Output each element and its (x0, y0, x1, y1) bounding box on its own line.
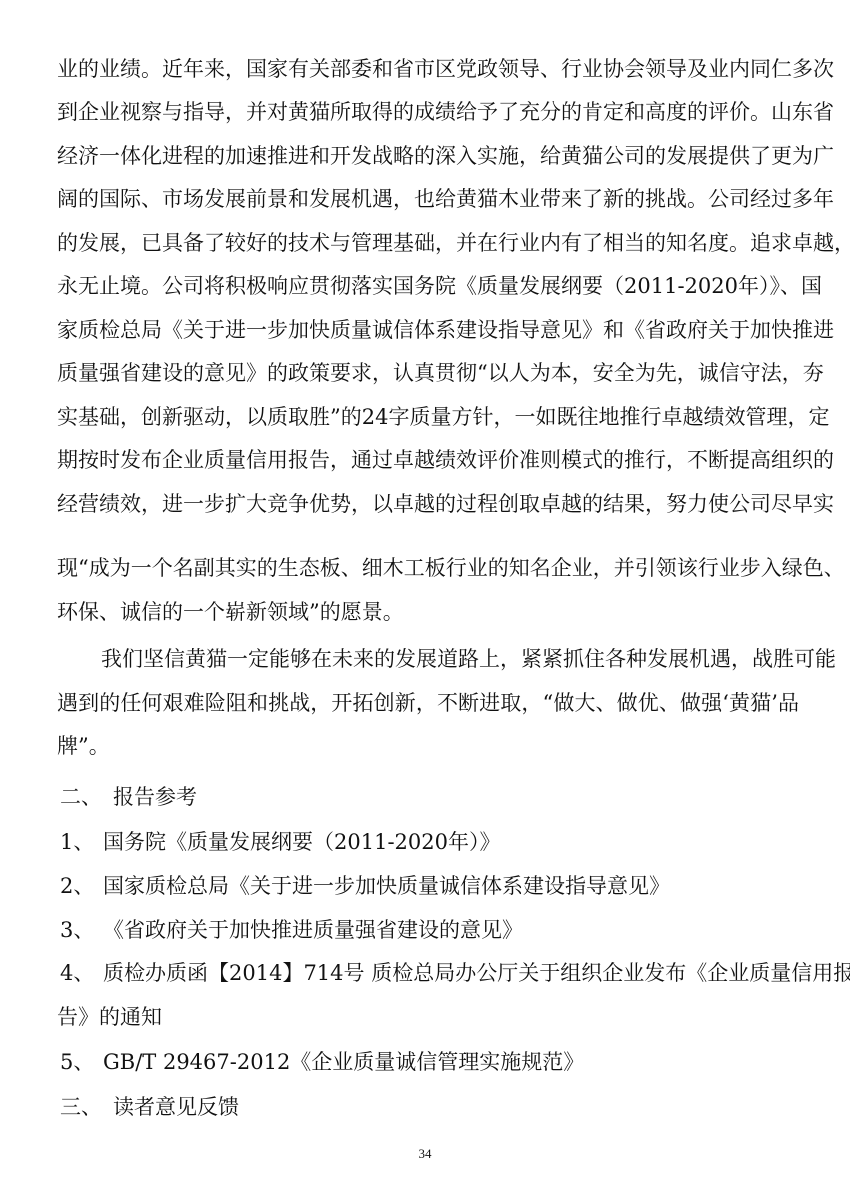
text-line: 质量强省建设的意见》的政策要求，认真贯彻“以人为本，安全为先，诚信守法，夯 (57, 360, 799, 386)
list-item-number: 5、 (60, 1049, 94, 1075)
list-item-continuation: 告》的通知 (57, 1004, 799, 1030)
section-number: 二、 (60, 784, 102, 810)
page-number: 34 (0, 1146, 850, 1162)
list-item-text: 《省政府关于加快推进质量强省建设的意见》 (103, 917, 523, 943)
text-line: 牌”。 (57, 733, 799, 759)
list-item-number: 4、 (60, 960, 94, 986)
text-line: 家质检总局《关于进一步加快质量诚信体系建设指导意见》和《省政府关于加快推进 (57, 317, 799, 343)
section-title: 报告参考 (113, 784, 197, 810)
list-item-text: 国务院《质量发展纲要（2011-2020年）》 (103, 829, 500, 855)
list-item-text: 质检办质函【2014】714号 质检总局办公厅关于组织企业发布《企业质量信用报 (103, 960, 799, 986)
text-line: 阔的国际、市场发展前景和发展机遇，也给黄猫木业带来了新的挑战。公司经过多年 (57, 186, 799, 212)
text-line: 的发展，已具备了较好的技术与管理基础，并在行业内有了相当的知名度。追求卓越， (57, 230, 799, 256)
text-line: 永无止境。公司将积极响应贯彻落实国务院《质量发展纲要（2011-2020年）》、… (57, 273, 799, 299)
text-line: 期按时发布企业质量信用报告，通过卓越绩效评价准则模式的推行，不断提高组织的 (57, 447, 799, 473)
document-page: 业的业绩。近年来，国家有关部委和省市区党政领导、行业协会领导及业内同仁多次 到企… (0, 0, 850, 1202)
list-item-number: 3、 (60, 917, 94, 943)
section-title: 读者意见反馈 (113, 1094, 239, 1120)
text-line: 环保、诚信的一个崭新领域”的愿景。 (57, 599, 799, 625)
text-line: 遇到的任何艰难险阻和挑战，开拓创新，不断进取，“做大、做优、做强‘黄猫’品 (57, 690, 799, 716)
text-line: 实基础，创新驱动，以质取胜”的24字质量方针，一如既往地推行卓越绩效管理，定 (57, 404, 799, 430)
text-line: 经济一体化进程的加速推进和开发战略的深入实施，给黄猫公司的发展提供了更为广 (57, 143, 799, 169)
list-item-text: 国家质检总局《关于进一步加快质量诚信体系建设指导意见》 (103, 873, 670, 899)
text-line: 业的业绩。近年来，国家有关部委和省市区党政领导、行业协会领导及业内同仁多次 (57, 56, 799, 82)
text-line: 我们坚信黄猫一定能够在未来的发展道路上，紧紧抓住各种发展机遇，战胜可能 (101, 646, 799, 672)
list-item-text: GB/T 29467-2012《企业质量诚信管理实施规范》 (103, 1049, 584, 1075)
section-number: 三、 (60, 1094, 102, 1120)
text-line: 经营绩效，进一步扩大竞争优势，以卓越的过程创取卓越的结果，努力使公司尽早实 (57, 491, 799, 517)
text-line: 现“成为一个名副其实的生态板、细木工板行业的知名企业，并引领该行业步入绿色、 (57, 555, 799, 581)
list-item-number: 1、 (60, 829, 94, 855)
text-line: 到企业视察与指导，并对黄猫所取得的成绩给予了充分的肯定和高度的评价。山东省 (57, 99, 799, 125)
list-item-number: 2、 (60, 873, 94, 899)
